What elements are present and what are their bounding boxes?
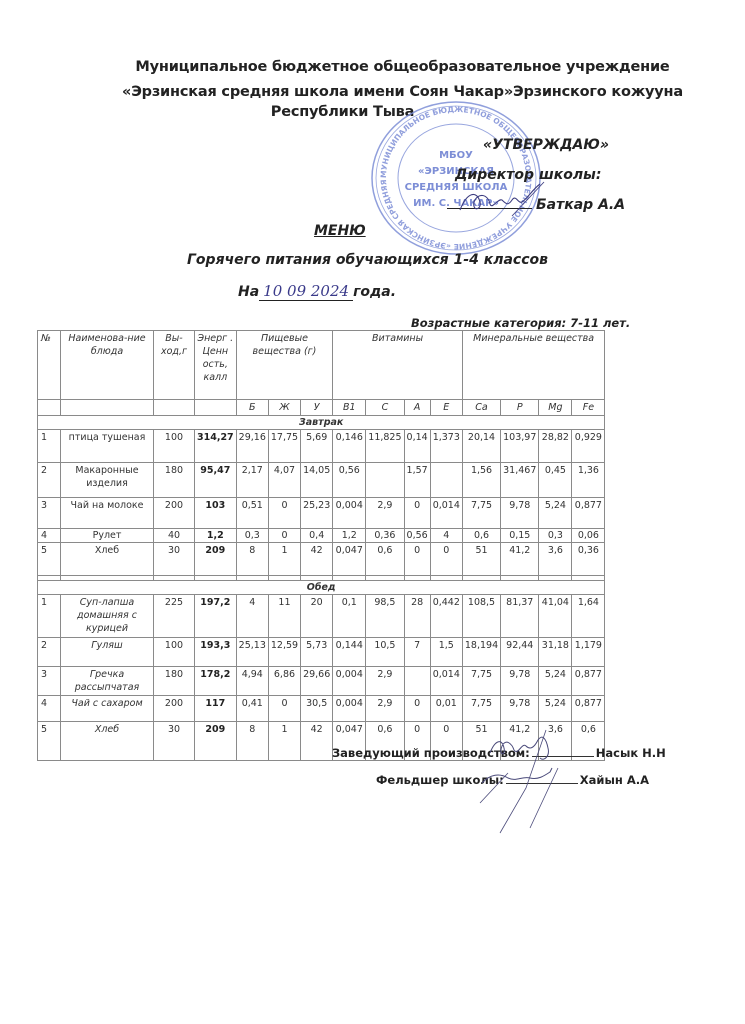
cell-no: 5	[38, 722, 61, 761]
cell-b1: 1,2	[333, 529, 366, 543]
signature-line	[532, 745, 594, 757]
cell-zh: 0	[268, 696, 300, 722]
cell-p: 9,78	[501, 696, 539, 722]
cell-e: 0,014	[430, 667, 462, 696]
production-head-signature: Заведующий производством:Насык Н.Н	[332, 745, 666, 760]
cell-fe: 0,877	[572, 696, 605, 722]
republic-name: Республики Тыва	[0, 104, 715, 120]
cell-mg: 28,82	[539, 430, 572, 463]
cell-b: 25,13	[236, 638, 268, 667]
school-name: «Эрзинская средняя школа имени Соян Чака…	[30, 84, 745, 100]
cell-fe: 1,64	[572, 595, 605, 638]
cell-b: 4	[236, 595, 268, 638]
section-row: Обед	[38, 581, 605, 595]
production-head-name: Насык Н.Н	[596, 746, 666, 760]
cell-c: 2,9	[366, 696, 404, 722]
cell-b: 2,17	[236, 463, 268, 498]
cell-mg: 0,45	[539, 463, 572, 498]
cell-b: 0,3	[236, 529, 268, 543]
cell-energy: 209	[195, 722, 237, 761]
cell-b1: 0,56	[333, 463, 366, 498]
menu-table: № Наименова-ние блюда Вы-ход,г Энерг . Ц…	[37, 330, 605, 761]
date-value: 10 09 2024	[259, 282, 353, 301]
sub-header-mg: Mg	[539, 400, 572, 416]
approval-title: «УТВЕРЖДАЮ»	[483, 137, 609, 153]
cell-mg: 0,3	[539, 529, 572, 543]
table-row: 4Рулет401,20,300,41,20,360,5640,60,150,3…	[38, 529, 605, 543]
header-yield: Вы-ход,г	[154, 331, 195, 400]
cell-mg: 31,18	[539, 638, 572, 667]
cell-b1: 0,004	[333, 667, 366, 696]
cell-yield: 30	[154, 722, 195, 761]
cell-b: 8	[236, 543, 268, 576]
table-row: 3Гречка рассыпчатая180178,24,946,8629,66…	[38, 667, 605, 696]
sub-empty	[154, 400, 195, 416]
cell-energy: 314,27	[195, 430, 237, 463]
cell-c: 2,9	[366, 667, 404, 696]
cell-a: 7	[404, 638, 430, 667]
cell-no: 4	[38, 696, 61, 722]
cell-a	[404, 667, 430, 696]
cell-energy: 209	[195, 543, 237, 576]
cell-c: 0,6	[366, 543, 404, 576]
cell-a: 0,56	[404, 529, 430, 543]
cell-b1: 0,004	[333, 498, 366, 529]
cell-name: Рулет	[61, 529, 154, 543]
cell-mg: 5,24	[539, 696, 572, 722]
cell-energy: 1,2	[195, 529, 237, 543]
cell-e: 1,5	[430, 638, 462, 667]
cell-name: Хлеб	[61, 722, 154, 761]
cell-name: птица тушеная	[61, 430, 154, 463]
cell-ca: 7,75	[462, 667, 500, 696]
sub-empty	[38, 400, 61, 416]
cell-no: 2	[38, 638, 61, 667]
cell-fe: 1,179	[572, 638, 605, 667]
cell-zh: 6,86	[268, 667, 300, 696]
header-no: №	[38, 331, 61, 400]
signature-line	[506, 772, 578, 784]
cell-zh: 0	[268, 498, 300, 529]
director-signature: Баткар А.А	[447, 196, 625, 213]
cell-e: 0,442	[430, 595, 462, 638]
cell-no: 2	[38, 463, 61, 498]
cell-p: 9,78	[501, 667, 539, 696]
cell-yield: 180	[154, 667, 195, 696]
cell-ca: 1,56	[462, 463, 500, 498]
cell-yield: 200	[154, 696, 195, 722]
cell-u: 25,23	[301, 498, 333, 529]
sub-empty	[61, 400, 154, 416]
cell-no: 4	[38, 529, 61, 543]
sub-header-ca: Са	[462, 400, 500, 416]
cell-yield: 200	[154, 498, 195, 529]
sub-header-zh: Ж	[268, 400, 300, 416]
table-row: 1птица тушеная100314,2729,1617,755,690,1…	[38, 430, 605, 463]
cell-no: 1	[38, 595, 61, 638]
cell-fe: 0,877	[572, 498, 605, 529]
cell-b: 0,51	[236, 498, 268, 529]
menu-title: МЕНЮ	[314, 223, 366, 239]
cell-yield: 100	[154, 638, 195, 667]
cell-ca: 0,6	[462, 529, 500, 543]
cell-b: 4,94	[236, 667, 268, 696]
cell-e: 0	[430, 543, 462, 576]
medic-name: Хайын А.А	[580, 773, 649, 787]
cell-energy: 95,47	[195, 463, 237, 498]
menu-date: На10 09 2024года.	[238, 282, 396, 301]
cell-a: 0	[404, 498, 430, 529]
cell-fe: 0,877	[572, 667, 605, 696]
cell-energy: 197,2	[195, 595, 237, 638]
header-dish-name: Наименова-ние блюда	[61, 331, 154, 400]
medic-label: Фельдшер школы:	[376, 773, 504, 787]
cell-yield: 180	[154, 463, 195, 498]
table-row: 2Макаронные изделия18095,472,174,0714,05…	[38, 463, 605, 498]
cell-e: 0,014	[430, 498, 462, 529]
sub-header-b: Б	[236, 400, 268, 416]
cell-u: 30,5	[301, 696, 333, 722]
cell-zh: 0	[268, 529, 300, 543]
cell-yield: 225	[154, 595, 195, 638]
section-title: Обед	[38, 581, 605, 595]
cell-name: Суп-лапша домашняя с курицей	[61, 595, 154, 638]
sub-header-c: С	[366, 400, 404, 416]
cell-c: 2,9	[366, 498, 404, 529]
sub-header-b1: В1	[333, 400, 366, 416]
cell-no: 3	[38, 667, 61, 696]
cell-c	[366, 463, 404, 498]
cell-b1: 0,144	[333, 638, 366, 667]
cell-no: 5	[38, 543, 61, 576]
signature-line	[447, 196, 532, 209]
cell-u: 42	[301, 722, 333, 761]
sub-header-fe: Fe	[572, 400, 605, 416]
sub-header-p: Р	[501, 400, 539, 416]
cell-u: 42	[301, 543, 333, 576]
cell-p: 81,37	[501, 595, 539, 638]
cell-ca: 108,5	[462, 595, 500, 638]
cell-fe: 1,36	[572, 463, 605, 498]
cell-u: 20	[301, 595, 333, 638]
cell-a: 28	[404, 595, 430, 638]
cell-b: 8	[236, 722, 268, 761]
sub-empty	[195, 400, 237, 416]
cell-c: 0,36	[366, 529, 404, 543]
header-nutrients: Пищевые вещества (г)	[236, 331, 333, 400]
director-position: Директор школы:	[455, 167, 601, 183]
cell-name: Чай с сахаром	[61, 696, 154, 722]
cell-energy: 117	[195, 696, 237, 722]
cell-zh: 12,59	[268, 638, 300, 667]
table-row: 5Хлеб3020981420,0470,6005141,23,60,36	[38, 543, 605, 576]
cell-no: 3	[38, 498, 61, 529]
age-category: Возрастные категория: 7-11 лет.	[411, 316, 630, 330]
cell-a: 1,57	[404, 463, 430, 498]
cell-c: 11,825	[366, 430, 404, 463]
cell-e: 4	[430, 529, 462, 543]
cell-energy: 103	[195, 498, 237, 529]
cell-e	[430, 463, 462, 498]
cell-name: Хлеб	[61, 543, 154, 576]
table-row: 1Суп-лапша домашняя с курицей225197,2411…	[38, 595, 605, 638]
cell-ca: 7,75	[462, 696, 500, 722]
cell-p: 103,97	[501, 430, 539, 463]
header-minerals: Минеральные вещества	[462, 331, 605, 400]
cell-ca: 20,14	[462, 430, 500, 463]
stamp-line-3: СРЕДНЯЯ ШКОЛА	[405, 182, 508, 193]
medic-signature: Фельдшер школы:Хайын А.А	[376, 772, 649, 787]
cell-c: 10,5	[366, 638, 404, 667]
cell-energy: 193,3	[195, 638, 237, 667]
table-row: 4Чай с сахаром2001170,41030,50,0042,900,…	[38, 696, 605, 722]
cell-zh: 11	[268, 595, 300, 638]
sub-header-a: А	[404, 400, 430, 416]
cell-b1: 0,004	[333, 696, 366, 722]
cell-fe: 0,36	[572, 543, 605, 576]
date-prefix: На	[238, 284, 259, 300]
cell-e: 0,01	[430, 696, 462, 722]
cell-a: 0,14	[404, 430, 430, 463]
cell-ca: 51	[462, 543, 500, 576]
section-title: Завтрак	[38, 416, 605, 430]
table-row: 2Гуляш100193,325,1312,595,730,14410,571,…	[38, 638, 605, 667]
cell-e: 1,373	[430, 430, 462, 463]
cell-p: 41,2	[501, 543, 539, 576]
cell-u: 5,73	[301, 638, 333, 667]
cell-u: 29,66	[301, 667, 333, 696]
menu-table-body: Завтрак1птица тушеная100314,2729,1617,75…	[38, 416, 605, 761]
cell-name: Гуляш	[61, 638, 154, 667]
cell-p: 9,78	[501, 498, 539, 529]
cell-energy: 178,2	[195, 667, 237, 696]
cell-zh: 1	[268, 722, 300, 761]
director-name: Баткар А.А	[536, 197, 625, 213]
cell-mg: 3,6	[539, 543, 572, 576]
cell-zh: 1	[268, 543, 300, 576]
table-row: 3Чай на молоке2001030,51025,230,0042,900…	[38, 498, 605, 529]
cell-ca: 7,75	[462, 498, 500, 529]
menu-subtitle: Горячего питания обучающихся 1-4 классов	[0, 252, 740, 268]
cell-u: 0,4	[301, 529, 333, 543]
stamp-line-1: МБОУ	[439, 150, 473, 161]
sub-header-e: Е	[430, 400, 462, 416]
date-suffix: года.	[353, 284, 396, 300]
cell-b1: 0,047	[333, 543, 366, 576]
cell-b1: 0,1	[333, 595, 366, 638]
cell-yield: 100	[154, 430, 195, 463]
cell-yield: 40	[154, 529, 195, 543]
cell-p: 92,44	[501, 638, 539, 667]
header-vitamins: Витамины	[333, 331, 463, 400]
cell-yield: 30	[154, 543, 195, 576]
cell-u: 14,05	[301, 463, 333, 498]
cell-name: Гречка рассыпчатая	[61, 667, 154, 696]
cell-name: Макаронные изделия	[61, 463, 154, 498]
cell-fe: 0,06	[572, 529, 605, 543]
cell-name: Чай на молоке	[61, 498, 154, 529]
production-head-label: Заведующий производством:	[332, 746, 530, 760]
cell-a: 0	[404, 543, 430, 576]
cell-mg: 5,24	[539, 498, 572, 529]
cell-zh: 4,07	[268, 463, 300, 498]
cell-u: 5,69	[301, 430, 333, 463]
institution-name: Муниципальное бюджетное общеобразователь…	[30, 59, 745, 75]
cell-zh: 17,75	[268, 430, 300, 463]
cell-b: 0,41	[236, 696, 268, 722]
cell-mg: 41,04	[539, 595, 572, 638]
cell-p: 0,15	[501, 529, 539, 543]
header-energy: Энерг . Ценн ость, калл	[195, 331, 237, 400]
cell-mg: 5,24	[539, 667, 572, 696]
section-row: Завтрак	[38, 416, 605, 430]
cell-b1: 0,146	[333, 430, 366, 463]
cell-c: 98,5	[366, 595, 404, 638]
cell-fe: 0,929	[572, 430, 605, 463]
sub-header-u: У	[301, 400, 333, 416]
cell-p: 31,467	[501, 463, 539, 498]
cell-a: 0	[404, 696, 430, 722]
cell-ca: 18,194	[462, 638, 500, 667]
cell-no: 1	[38, 430, 61, 463]
cell-b: 29,16	[236, 430, 268, 463]
